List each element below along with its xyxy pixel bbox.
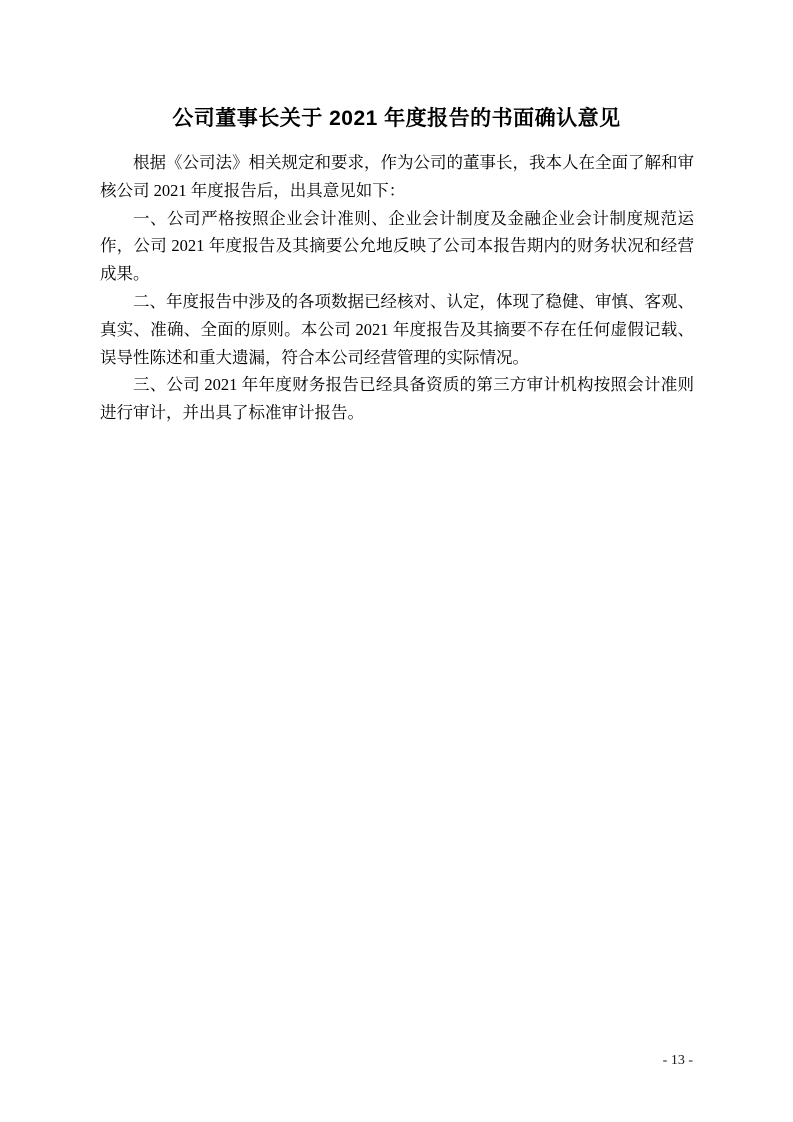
document-body: 根据《公司法》相关规定和要求，作为公司的董事长，我本人在全面了解和审核公司 20… xyxy=(100,149,694,427)
page-title: 公司董事长关于 2021 年度报告的书面确认意见 xyxy=(0,105,793,133)
document-page: 公司董事长关于 2021 年度报告的书面确认意见 根据《公司法》相关规定和要求，… xyxy=(0,0,793,1122)
paragraph-item-2: 二、年度报告中涉及的各项数据已经核对、认定，体现了稳健、审慎、客观、真实、准确、… xyxy=(100,288,694,371)
paragraph-intro: 根据《公司法》相关规定和要求，作为公司的董事长，我本人在全面了解和审核公司 20… xyxy=(100,149,694,205)
page-number: - 13 - xyxy=(663,1052,693,1070)
paragraph-item-1: 一、公司严格按照企业会计准则、企业会计制度及金融企业会计制度规范运作，公司 20… xyxy=(100,205,694,288)
paragraph-item-3: 三、公司 2021 年年度财务报告已经具备资质的第三方审计机构按照会计准则进行审… xyxy=(100,371,694,427)
